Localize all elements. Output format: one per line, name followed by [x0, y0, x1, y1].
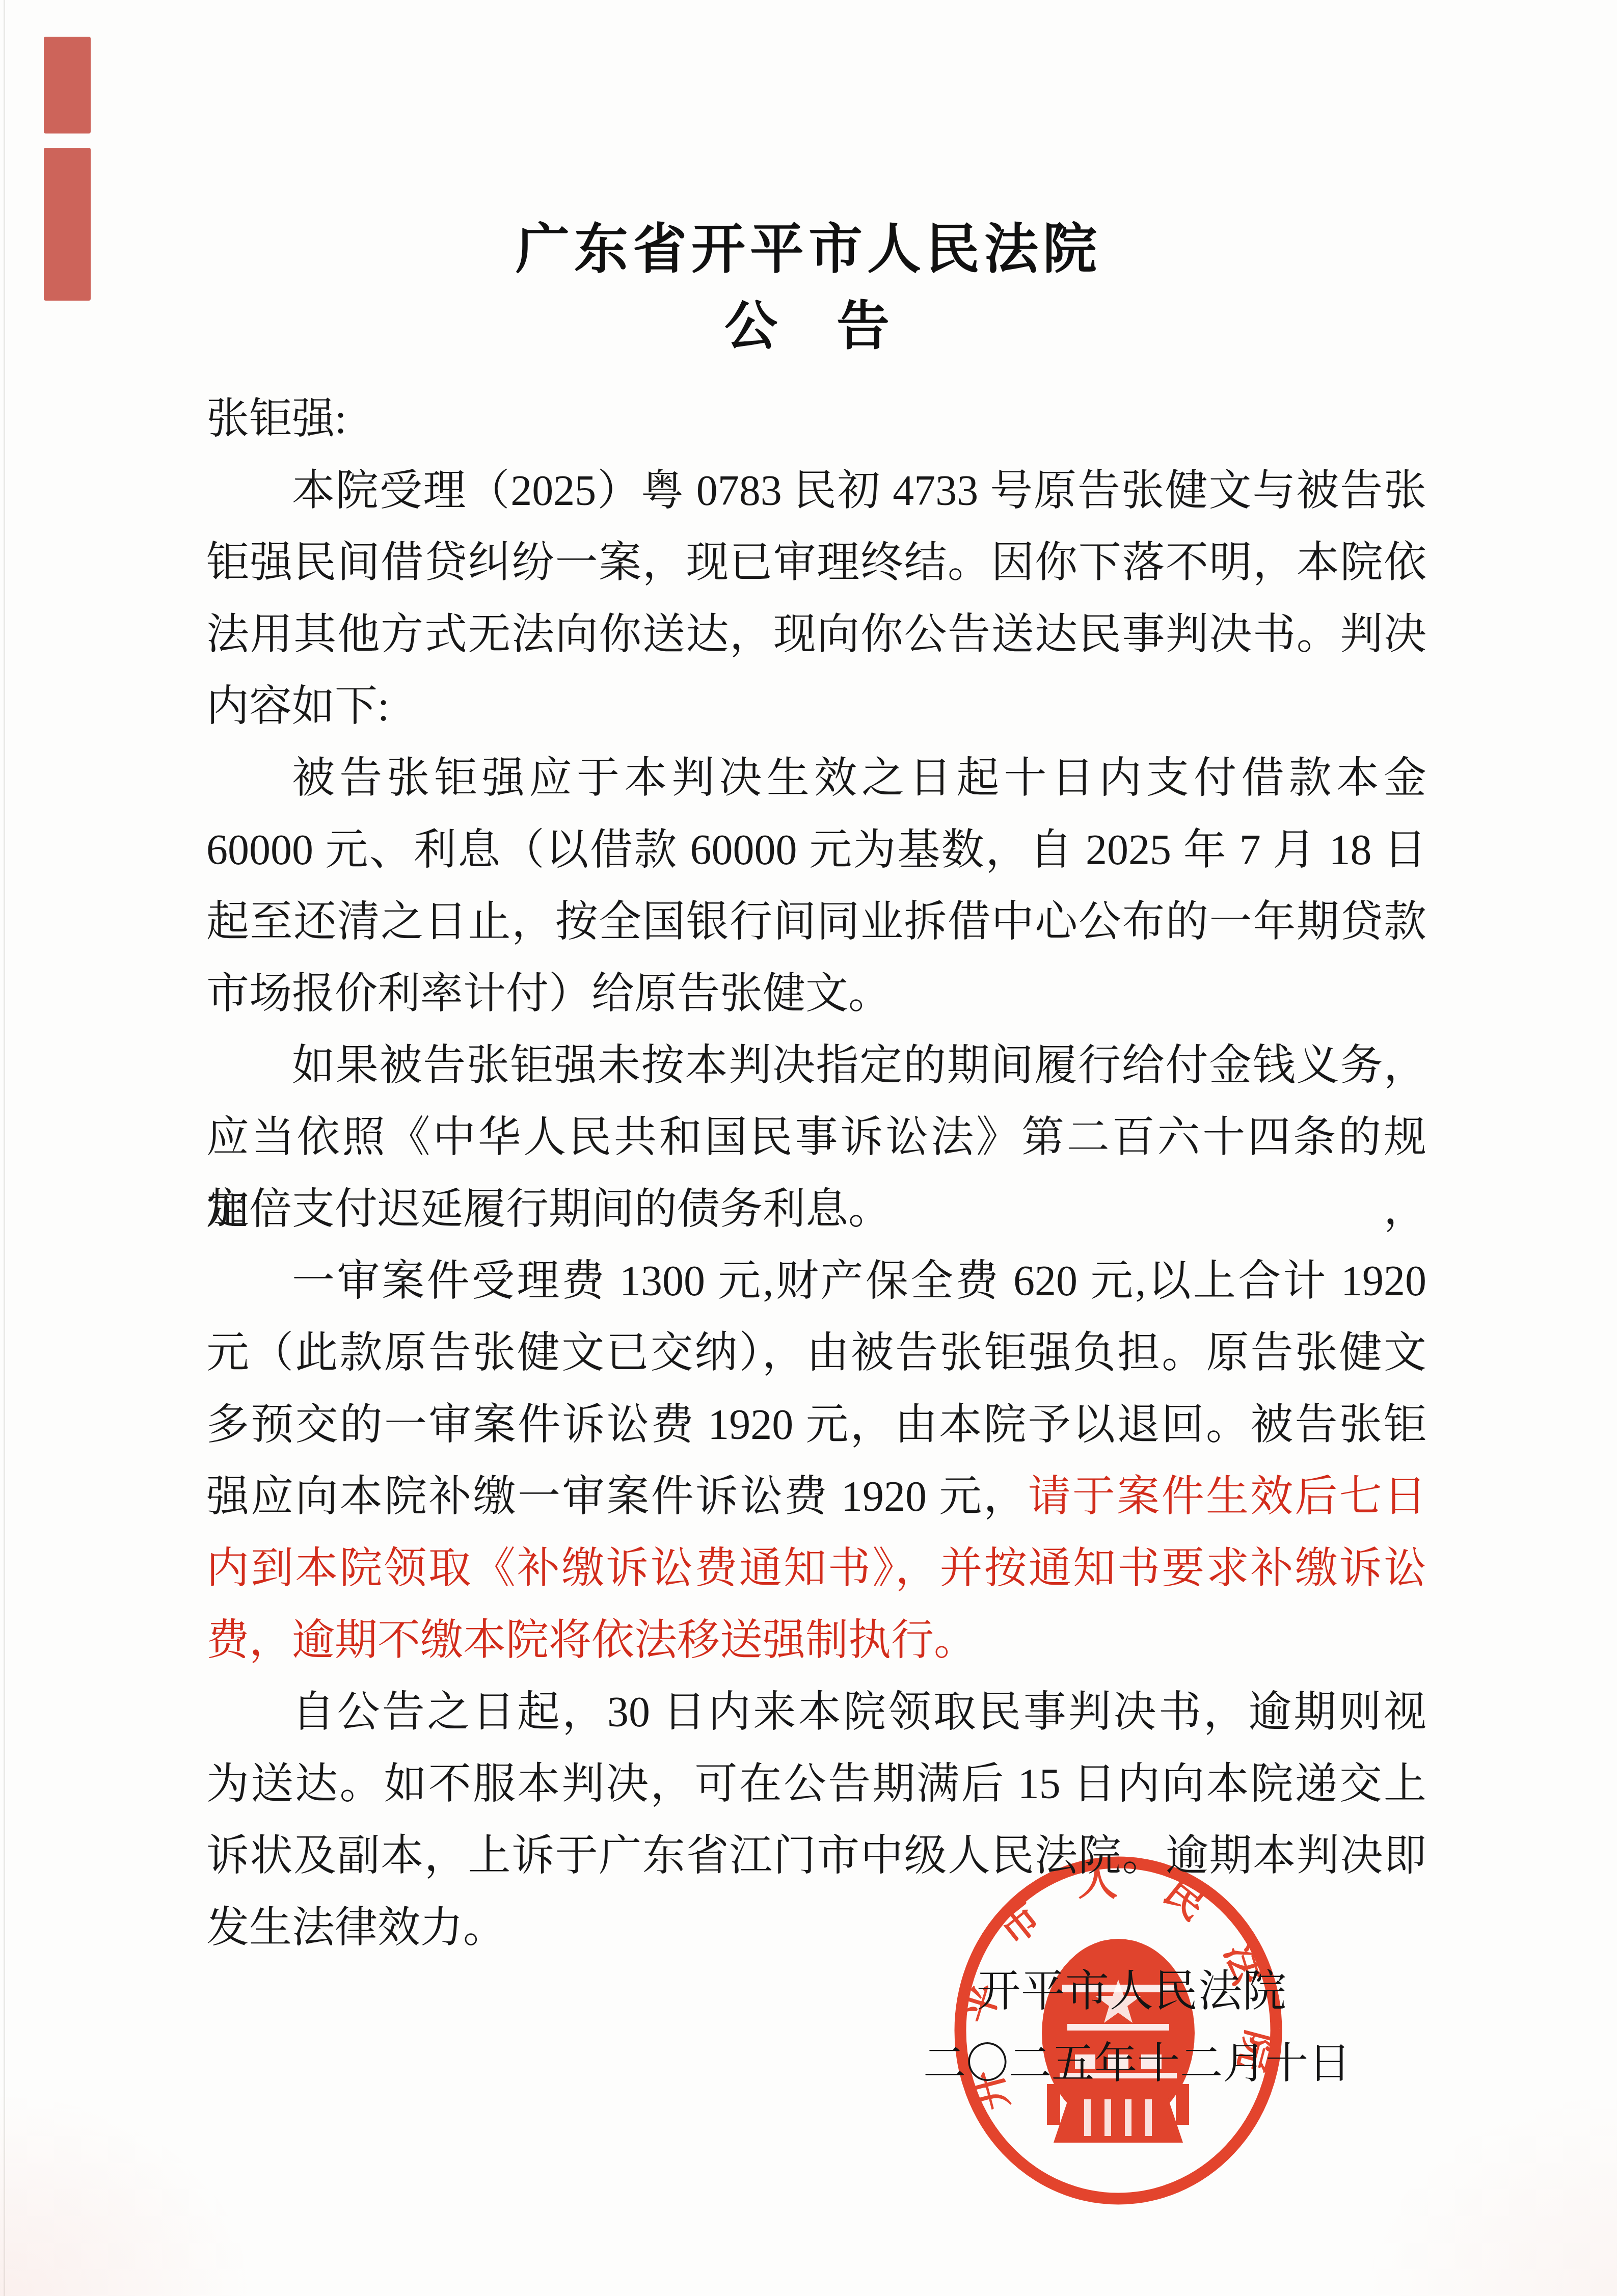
body-line: 钜强民间借贷纠纷一案，现已审理终结。因你下落不明，本院依	[206, 527, 1426, 599]
body-text: 自公告之日起，30 日内来本院领取民事判决书，逾期则视	[292, 1689, 1426, 1736]
body-text: 诉状及副本，上诉于广东省江门市中级人民法院。逾期本判决即	[206, 1832, 1426, 1880]
body-text: 一审案件受理费 1300 元,财产保全费 620 元,以上合计 1920	[292, 1258, 1426, 1305]
announcement-page: 广东省开平市人民法院 公 告 张钜强: 本院受理（2025）粤 0783 民初 …	[0, 0, 1617, 2296]
body-line: 本院受理（2025）粤 0783 民初 4733 号原告张健文与被告张	[206, 455, 1426, 527]
body-text: 60000 元、利息（以借款 60000 元为基数，自 2025 年 7 月 1…	[206, 826, 1426, 874]
body-text: 为送达。如不服本判决，可在公告期满后 15 日内向本院递交上	[206, 1760, 1426, 1808]
court-title: 广东省开平市人民法院	[0, 206, 1617, 283]
body-line: 多预交的一审案件诉讼费 1920 元，由本院予以退回。被告张钜	[206, 1389, 1426, 1461]
body-line: 内到本院领取《补缴诉讼费通知书》，并按通知书要求补缴诉讼	[206, 1533, 1426, 1605]
body-text: 被告张钜强应于本判决生效之日起十日内支付借款本金	[292, 755, 1426, 802]
document-body: 本院受理（2025）粤 0783 民初 4733 号原告张健文与被告张钜强民间借…	[206, 455, 1426, 1964]
body-line: 起至还清之日止，按全国银行间同业拆借中心公布的一年期贷款	[206, 886, 1426, 958]
scan-wash-bottom-right	[1362, 2092, 1617, 2296]
body-text: 起至还清之日止，按全国银行间同业拆借中心公布的一年期贷款	[206, 898, 1426, 946]
body-text: 本院受理（2025）粤 0783 民初 4733 号原告张健文与被告张	[292, 467, 1426, 515]
scan-wash-bottom-left	[0, 2092, 255, 2296]
body-line: 发生法律效力。	[206, 1892, 1426, 1964]
body-line: 法用其他方式无法向你送达，现向你公告送达民事判决书。判决	[206, 599, 1426, 671]
body-line: 60000 元、利息（以借款 60000 元为基数，自 2025 年 7 月 1…	[206, 814, 1426, 886]
red-notice-text: 内到本院领取《补缴诉讼费通知书》，并按通知书要求补缴诉讼	[206, 1545, 1426, 1592]
signature-court-name: 开平市人民法院	[977, 1956, 1287, 2019]
body-text: 市场报价利率计付）给原告张健文。	[206, 970, 891, 1018]
body-line: 强应向本院补缴一审案件诉讼费 1920 元，请于案件生效后七日	[206, 1461, 1426, 1533]
body-line: 如果被告张钜强未按本判决指定的期间履行给付金钱义务，	[206, 1030, 1426, 1102]
red-notice-text: 费，逾期不缴本院将依法移送强制执行。	[206, 1617, 977, 1664]
body-text: 如果被告张钜强未按本判决指定的期间履行给付金钱义务，	[292, 1042, 1426, 1089]
body-line: 诉状及副本，上诉于广东省江门市中级人民法院。逾期本判决即	[206, 1820, 1426, 1892]
body-text: 发生法律效力。	[206, 1904, 506, 1952]
addressee-name: 张钜强:	[206, 383, 346, 455]
red-notice-text: 请于案件生效后七日	[1028, 1473, 1426, 1520]
body-line: 市场报价利率计付）给原告张健文。	[206, 958, 1426, 1030]
body-line: 元（此款原告张健文已交纳），由被告张钜强负担。原告张健文	[206, 1317, 1426, 1389]
body-text: 法用其他方式无法向你送达，现向你公告送达民事判决书。判决	[206, 611, 1426, 658]
body-text: 多预交的一审案件诉讼费 1920 元，由本院予以退回。被告张钜	[206, 1401, 1426, 1449]
scan-artifact-red-mark	[44, 37, 91, 134]
body-text: 元（此款原告张健文已交纳），由被告张钜强负担。原告张健文	[206, 1329, 1426, 1377]
document-title: 公 告	[0, 283, 1617, 360]
body-line: 应当依照《中华人民共和国民事诉讼法》第二百六十四条的规定，	[206, 1102, 1426, 1173]
body-line: 自公告之日起，30 日内来本院领取民事判决书，逾期则视	[206, 1676, 1426, 1748]
body-line: 费，逾期不缴本院将依法移送强制执行。	[206, 1605, 1426, 1676]
body-text: 内容如下:	[206, 683, 389, 730]
signature-date: 二〇二五年十二月十日	[923, 2029, 1351, 2091]
body-line: 一审案件受理费 1300 元,财产保全费 620 元,以上合计 1920	[206, 1245, 1426, 1317]
body-text: 加倍支付迟延履行期间的债务利息。	[206, 1186, 891, 1233]
body-line: 内容如下:	[206, 671, 1426, 742]
body-text: 钜强民间借贷纠纷一案，现已审理终结。因你下落不明，本院依	[206, 539, 1426, 586]
body-line: 被告张钜强应于本判决生效之日起十日内支付借款本金	[206, 742, 1426, 814]
body-line: 为送达。如不服本判决，可在公告期满后 15 日内向本院递交上	[206, 1748, 1426, 1820]
body-text: 强应向本院补缴一审案件诉讼费 1920 元，	[206, 1473, 1028, 1520]
